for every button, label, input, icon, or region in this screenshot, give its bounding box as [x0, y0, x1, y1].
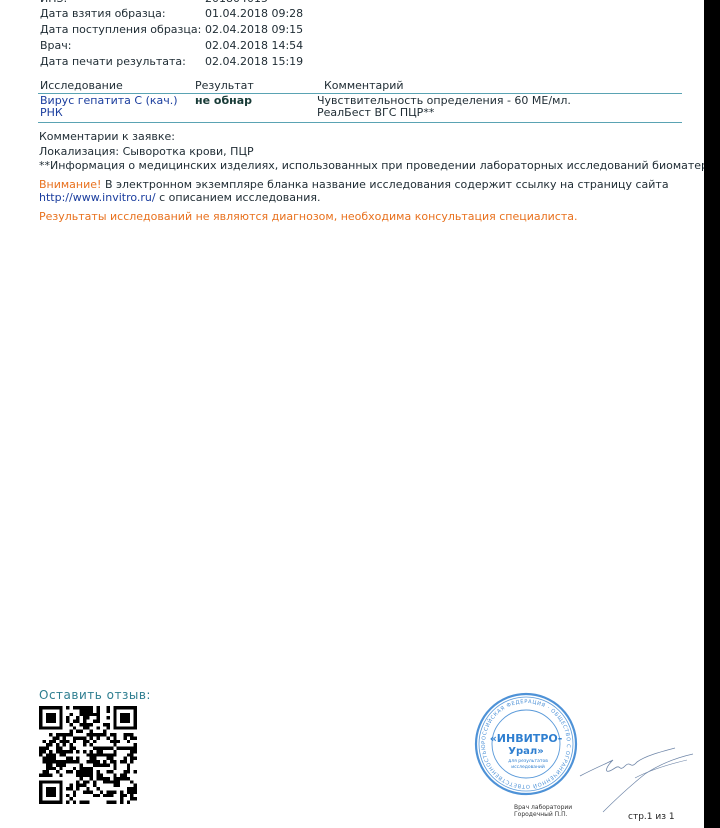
site-link-line: http://www.invitro.ru/ с описанием иссле… — [39, 191, 320, 204]
attention-label: Внимание! — [39, 178, 101, 191]
lab-result-page: ИНЗ: 201804015 Дата взятия образца: 01.0… — [0, 0, 704, 828]
attention-text: В электронном экземпляре бланка название… — [101, 178, 668, 191]
doctor-name: Городечный П.П. — [514, 811, 572, 818]
stamp-title-2: Урал» — [508, 746, 543, 757]
invitro-site-link[interactable]: http://www.invitro.ru/ — [39, 191, 156, 204]
info-value: 01.04.2018 09:28 — [205, 6, 303, 22]
info-label: Дата поступления образца: — [40, 22, 201, 38]
info-label: Врач: — [40, 38, 71, 54]
column-header-comment: Комментарий — [324, 78, 404, 93]
stamp-title-1: «ИНВИТРО- — [490, 732, 563, 745]
disclaimer: Результаты исследований не являются диаг… — [39, 210, 578, 223]
test-name-link[interactable]: Вирус гепатита С (кач.) РНК — [40, 95, 178, 119]
feedback-qr-code[interactable] — [39, 706, 137, 804]
comments-localization: Локализация: Сыворотка крови, ПЦР — [39, 145, 254, 158]
feedback-label: Оставить отзыв: — [39, 688, 151, 702]
info-label: Дата печати результата: — [40, 54, 186, 70]
table-row: Вирус гепатита С (кач.) РНК не обнар Чув… — [40, 95, 681, 122]
test-comment: Чувствительность определения - 60 МЕ/мл.… — [317, 95, 571, 119]
doctor-signature — [575, 746, 695, 816]
column-header-test: Исследование — [40, 78, 123, 93]
company-stamp: РОССИЙСКАЯ ФЕДЕРАЦИЯ · ОБЩЕСТВО С ОГРАНИ… — [474, 692, 578, 796]
column-header-result: Результат — [195, 78, 254, 93]
comment-line: РеалБест ВГС ПЦР** — [317, 107, 571, 119]
test-name-line: РНК — [40, 107, 178, 119]
site-link-suffix: с описанием исследования. — [156, 191, 321, 204]
page-number: стр.1 из 1 — [628, 812, 675, 822]
comments-info: **Информация о медицинских изделиях, исп… — [39, 159, 720, 172]
comments-title: Комментарии к заявке: — [39, 130, 175, 143]
info-label: Дата взятия образца: — [40, 6, 166, 22]
stamp-sub-1: для результатов — [508, 759, 548, 764]
info-value: 02.04.2018 14:54 — [205, 38, 303, 54]
table-divider — [38, 122, 682, 123]
doctor-credentials: Врач лаборатории Городечный П.П. — [514, 804, 572, 818]
attention-notice: Внимание! В электронном экземпляре бланк… — [39, 178, 669, 191]
info-value: 02.04.2018 15:19 — [205, 54, 303, 70]
info-value: 02.04.2018 09:15 — [205, 22, 303, 38]
results-table-header: Исследование Результат Комментарий — [40, 78, 681, 93]
screen-edge-strip — [704, 0, 720, 828]
stamp-sub-2: исследований — [511, 763, 545, 770]
test-result: не обнар — [195, 95, 252, 107]
doctor-title: Врач лаборатории — [514, 804, 572, 811]
